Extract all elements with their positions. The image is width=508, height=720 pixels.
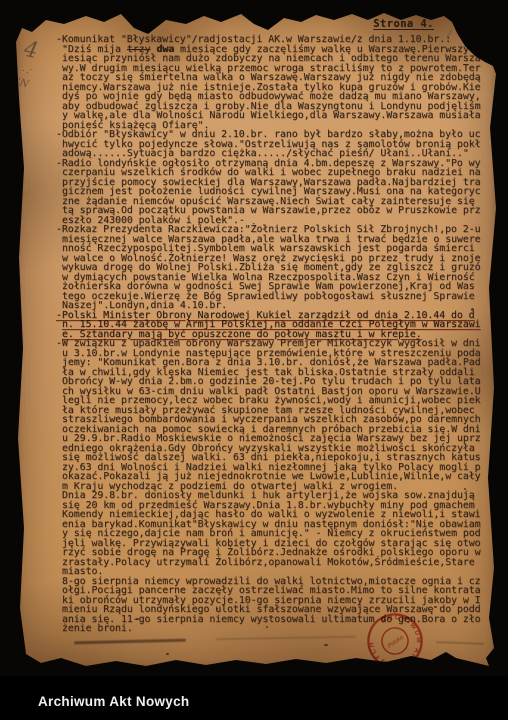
ink-speck — [434, 606, 437, 608]
document-paper-sheet: Strona 4. -Komunikat "Błyskawicy"/radjos… — [16, 8, 496, 670]
paragraph: -Polski Minister Obrony Narodowej Kukiel… — [56, 311, 484, 340]
ink-speck — [136, 618, 139, 620]
ink-speck — [166, 653, 169, 655]
ink-speck — [471, 308, 474, 311]
archive-footer-bar: Archiwum Akt Nowych — [0, 676, 508, 720]
ink-speck — [464, 488, 466, 490]
ink-speck — [216, 608, 218, 610]
pencil-margin-mark: 'N — [16, 76, 30, 90]
stamp-center-text: Polska — [387, 634, 405, 649]
crease-smudge — [74, 639, 186, 644]
paragraph: -W związku z upadkiem obrony Warszawy Pr… — [56, 339, 484, 491]
paragraph: "Dziś mija trzy dwa miesiące gdy zaczęli… — [56, 45, 484, 131]
paragraph: -Radio londyńskie ogłosiło otrzymaną dni… — [56, 159, 484, 226]
paragraph: Dnia 29.8.br. doniosły meldunki i huk ar… — [56, 491, 484, 577]
paragraph: -Odbiór "Błyskawicy" w dniu 2.10.br. ran… — [56, 130, 484, 159]
page-number-label: Strona 4. — [373, 19, 434, 30]
crease-smudge — [436, 641, 484, 645]
ink-speck — [324, 644, 328, 646]
pencil-margin-number: 4 — [22, 37, 41, 64]
paragraph: -Rozkaz Prezydenta Raczkiewicza:"Żołnier… — [56, 225, 484, 311]
archive-name-label: Archiwum Akt Nowych — [38, 694, 189, 709]
typewritten-text: -Komunikat "Błyskawicy"/radjostacji AK.w… — [56, 35, 484, 634]
ink-speck — [266, 626, 268, 628]
pencil-margin-dots: ·.· — [21, 65, 34, 77]
scanned-document-page: { "header": { "page_label": "Strona 4." … — [0, 0, 508, 720]
crease-smudge — [216, 636, 356, 640]
